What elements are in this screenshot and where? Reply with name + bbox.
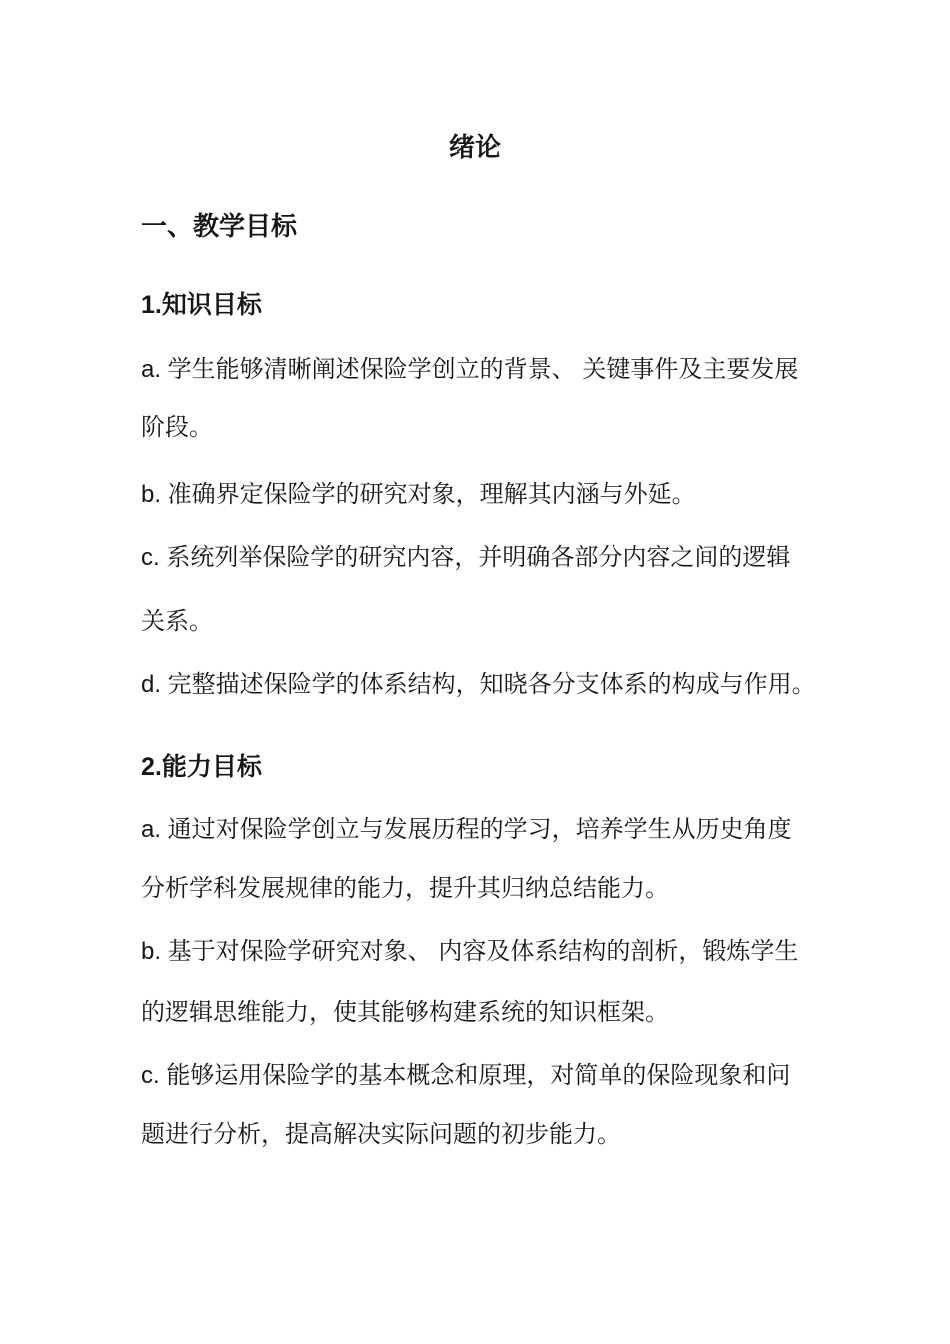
section-heading-teaching-objectives: 一、教学目标 — [141, 211, 297, 241]
document-title: 绪论 — [0, 132, 950, 162]
ability-item-a-line-2: 分析学科发展规律的能力，提升其归纳总结能力。 — [141, 874, 669, 904]
knowledge-item-a-line-1: a. 学生能够清晰阐述保险学创立的背景、 关键事件及主要发展 — [141, 355, 798, 385]
ability-item-a-line-1: a. 通过对保险学创立与发展历程的学习，培养学生从历史角度 — [141, 815, 792, 845]
knowledge-item-b: b. 准确界定保险学的研究对象，理解其内涵与外延。 — [141, 480, 696, 510]
ability-item-c-line-2: 题进行分析，提高解决实际问题的初步能力。 — [141, 1120, 621, 1150]
knowledge-item-c-line-2: 关系。 — [141, 607, 213, 637]
knowledge-item-d: d. 完整描述保险学的体系结构，知晓各分支体系的构成与作用。 — [141, 670, 816, 700]
subheading-knowledge-objectives: 1.知识目标 — [141, 290, 262, 320]
knowledge-item-a-line-2: 阶段。 — [141, 413, 213, 443]
ability-item-b-line-1: b. 基于对保险学研究对象、 内容及体系结构的剖析，锻炼学生 — [141, 937, 798, 967]
knowledge-item-c-line-1: c. 系统列举保险学的研究内容，并明确各部分内容之间的逻辑 — [141, 543, 790, 573]
document-page: 绪论 一、教学目标 1.知识目标 a. 学生能够清晰阐述保险学创立的背景、 关键… — [0, 0, 950, 1344]
ability-item-b-line-2: 的逻辑思维能力，使其能够构建系统的知识框架。 — [141, 998, 669, 1028]
ability-item-c-line-1: c. 能够运用保险学的基本概念和原理，对简单的保险现象和问 — [141, 1061, 790, 1091]
subheading-ability-objectives: 2.能力目标 — [141, 752, 262, 782]
